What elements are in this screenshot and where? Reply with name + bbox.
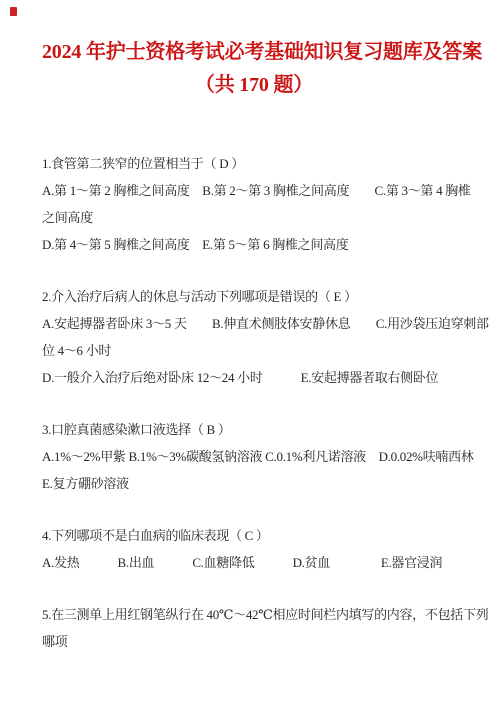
- question-block-5: 5.在三测单上用红钢笔纵行在 40℃～42℃相应时间栏内填写的内容，不包括下列哪…: [42, 601, 466, 655]
- question-stem: 5.在三测单上用红钢笔纵行在 40℃～42℃相应时间栏内填写的内容，不包括下列: [42, 601, 466, 628]
- question-list: 1.食管第二狭窄的位置相当于（ D ）A.第 1～第 2 胸椎之间高度 B.第 …: [42, 150, 466, 655]
- question-stem: 2.介入治疗后病人的休息与活动下列哪项是错误的（ E ）: [42, 283, 466, 310]
- document-page: 2024 年护士资格考试必考基础知识复习题库及答案 （共 170 题） 1.食管…: [0, 0, 500, 707]
- question-options-line: D.第 4～第 5 胸椎之间高度 E.第 5～第 6 胸椎之间高度: [42, 231, 466, 258]
- question-options-line: D.一般介入治疗后绝对卧床 12～24 小时 E.安起搏器者取右侧卧位: [42, 364, 466, 391]
- document-title-line-1: 2024 年护士资格考试必考基础知识复习题库及答案: [42, 36, 466, 69]
- question-stem: 1.食管第二狭窄的位置相当于（ D ）: [42, 150, 466, 177]
- corner-red-mark: [10, 7, 17, 16]
- question-options-line: 之间高度: [42, 204, 466, 231]
- question-block-2: 2.介入治疗后病人的休息与活动下列哪项是错误的（ E ）A.安起搏器者卧床 3～…: [42, 283, 466, 391]
- document-title: 2024 年护士资格考试必考基础知识复习题库及答案 （共 170 题）: [42, 36, 466, 102]
- question-block-4: 4.下列哪项不是白血病的临床表现（ C ）A.发热 B.出血 C.血糖降低 D.…: [42, 522, 466, 576]
- question-options-line: A.安起搏器者卧床 3～5 天 B.伸直术侧肢体安静休息 C.用沙袋压迫穿刺部: [42, 310, 466, 337]
- question-block-3: 3.口腔真菌感染漱口液选择（ B ）A.1%～2%甲紫 B.1%～3%碳酸氢钠溶…: [42, 416, 466, 497]
- question-options-line: 位 4～6 小时: [42, 337, 466, 364]
- question-options-line: A.1%～2%甲紫 B.1%～3%碳酸氢钠溶液 C.0.1%利凡诺溶液 D.0.…: [42, 443, 466, 470]
- question-stem: 4.下列哪项不是白血病的临床表现（ C ）: [42, 522, 466, 549]
- question-options-line: A.第 1～第 2 胸椎之间高度 B.第 2～第 3 胸椎之间高度 C.第 3～…: [42, 177, 466, 204]
- question-options-line: A.发热 B.出血 C.血糖降低 D.贫血 E.器官浸润: [42, 549, 466, 576]
- question-stem: 3.口腔真菌感染漱口液选择（ B ）: [42, 416, 466, 443]
- question-options-line: E.复方硼砂溶液: [42, 470, 466, 497]
- question-block-1: 1.食管第二狭窄的位置相当于（ D ）A.第 1～第 2 胸椎之间高度 B.第 …: [42, 150, 466, 258]
- document-title-line-2: （共 170 题）: [42, 69, 466, 102]
- question-options-line: 哪项: [42, 628, 466, 655]
